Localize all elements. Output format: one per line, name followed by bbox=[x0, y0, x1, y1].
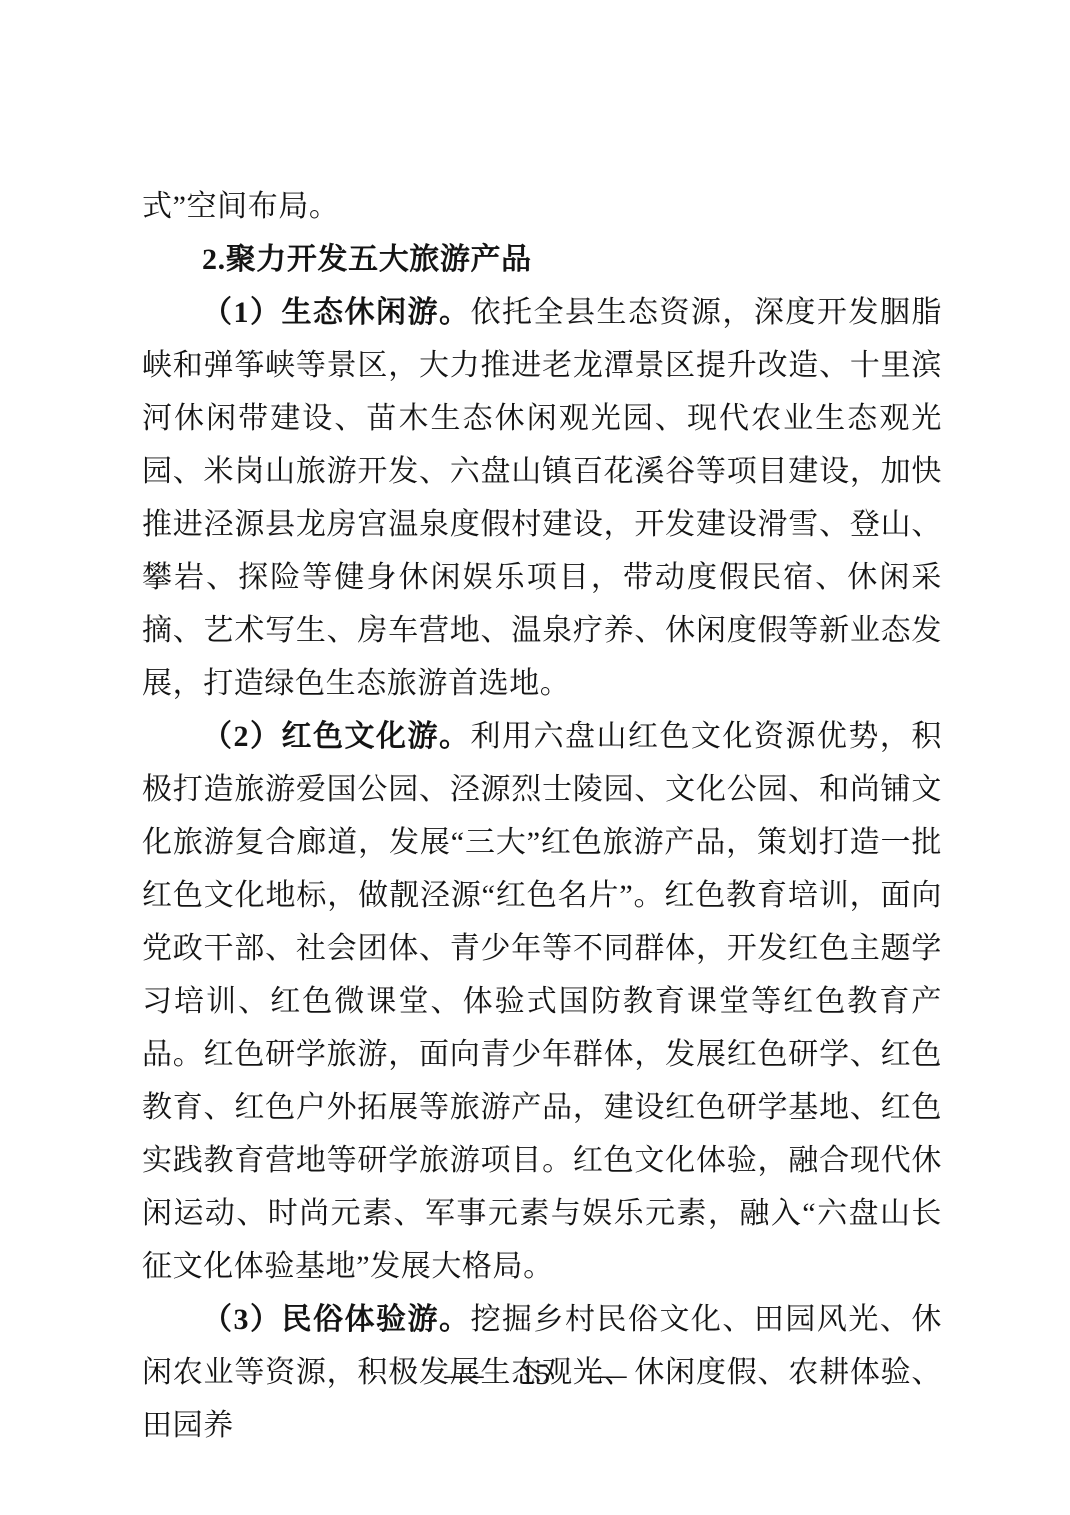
paragraph: 式”空间布局。 bbox=[142, 180, 942, 233]
paragraph: （2）红色文化游。利用六盘山红色文化资源优势，积极打造旅游爱国公园、泾源烈士陵园… bbox=[142, 710, 942, 1293]
text-run: 利用六盘山红色文化资源优势，积极打造旅游爱国公园、泾源烈士陵园、文化公园、和尚铺… bbox=[142, 720, 942, 1283]
document-page: 式”空间布局。2.聚力开发五大旅游产品（1）生态休闲游。依托全县生态资源，深度开… bbox=[0, 0, 1070, 1515]
page-number: 15 bbox=[520, 1358, 550, 1392]
footer-dash-left: — bbox=[444, 1358, 483, 1392]
text-run: 依托全县生态资源，深度开发胭脂峡和弹筝峡等景区，大力推进老龙潭景区提升改造、十里… bbox=[142, 296, 942, 700]
footer-dash-right: — bbox=[587, 1358, 626, 1392]
page-footer: — 15 — bbox=[0, 1358, 1070, 1392]
text-run: 式”空间布局。 bbox=[142, 190, 340, 223]
paragraph: （1）生态休闲游。依托全县生态资源，深度开发胭脂峡和弹筝峡等景区，大力推进老龙潭… bbox=[142, 286, 942, 710]
document-body: 式”空间布局。2.聚力开发五大旅游产品（1）生态休闲游。依托全县生态资源，深度开… bbox=[142, 180, 942, 1452]
run-in-subheading: （1）生态休闲游。 bbox=[202, 296, 470, 329]
run-in-subheading: 2.聚力开发五大旅游产品 bbox=[202, 243, 532, 276]
run-in-subheading: （2）红色文化游。 bbox=[202, 720, 470, 753]
run-in-subheading: （3）民俗体验游。 bbox=[202, 1303, 470, 1336]
section-heading: 2.聚力开发五大旅游产品 bbox=[142, 233, 942, 286]
